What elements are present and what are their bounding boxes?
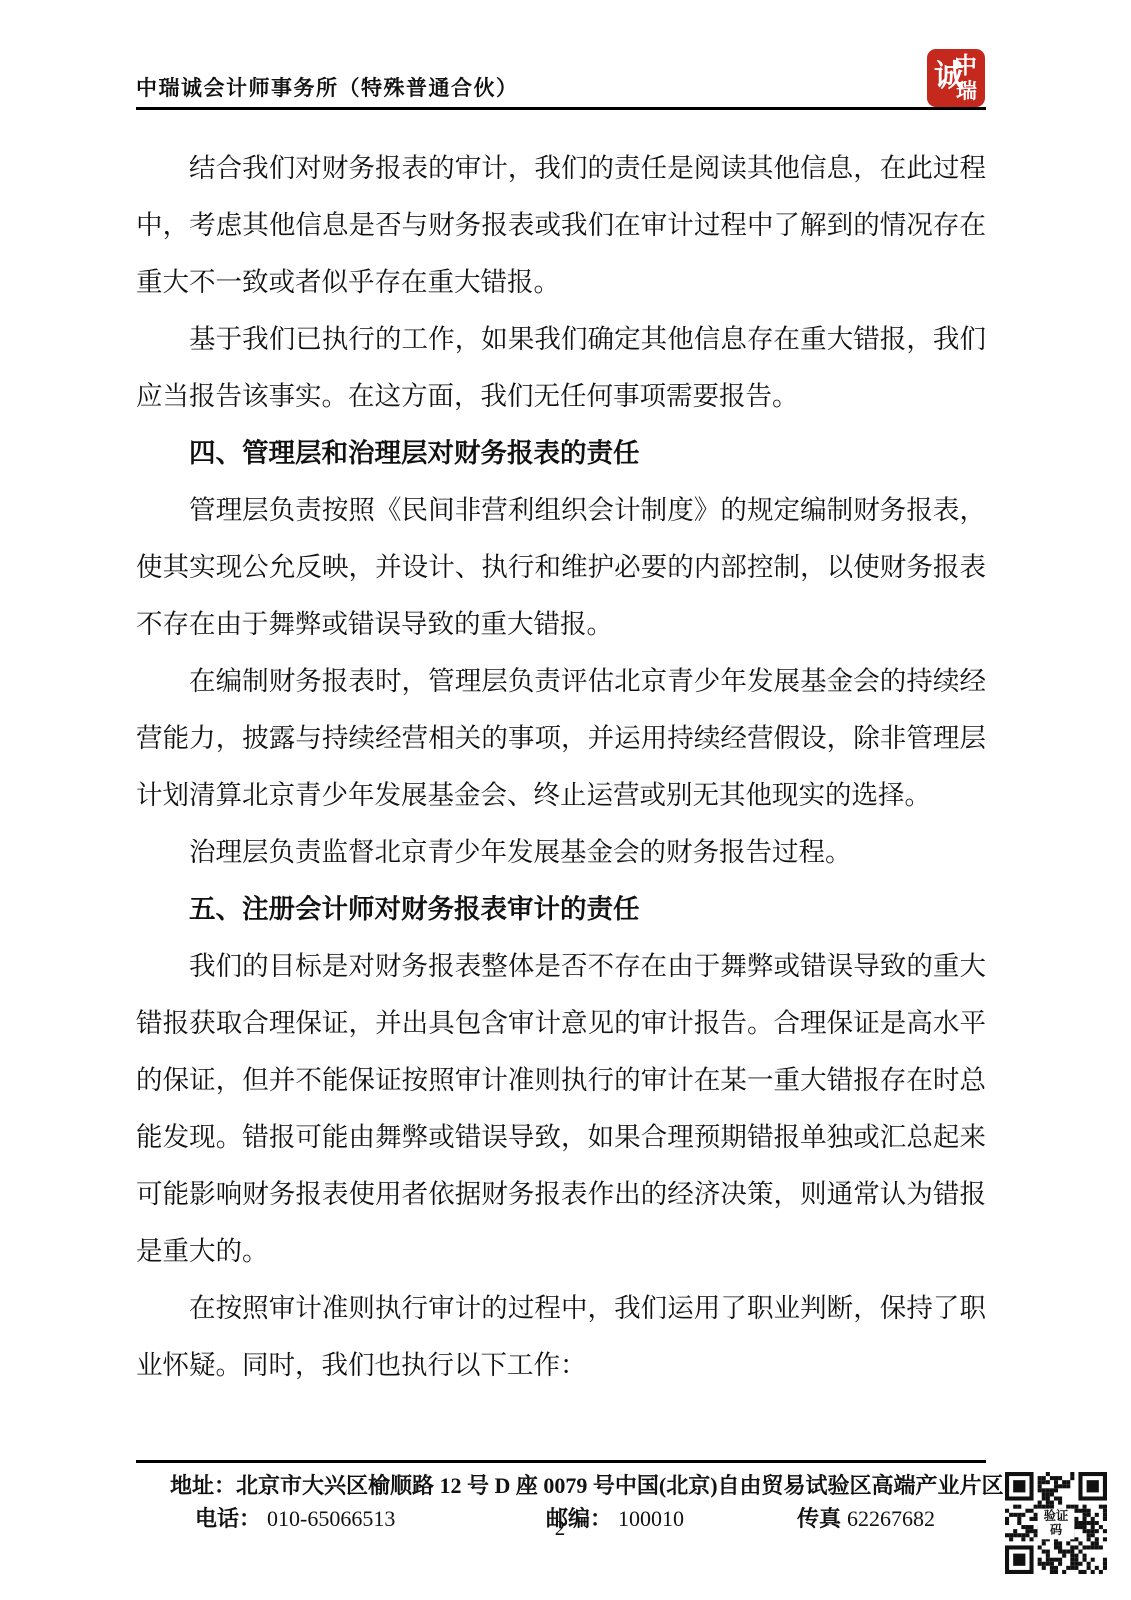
fax-label: 传真 [797, 1506, 841, 1531]
footer-address-row: 地址：北京市大兴区榆顺路 12 号 D 座 0079 号中国(北京)自由贸易试验… [170, 1469, 1000, 1500]
fax-value: 62267682 [847, 1506, 935, 1531]
section-heading: 五、注册会计师对财务报表审计的责任 [136, 881, 986, 938]
firm-name: 中瑞诚会计师事务所（特殊普通合伙） [136, 72, 519, 102]
svg-text:验证: 验证 [1044, 1508, 1069, 1523]
body-paragraph: 管理层负责按照《民间非营利组织会计制度》的规定编制财务报表，使其实现公允反映，并… [136, 482, 986, 653]
svg-text:码: 码 [1050, 1523, 1063, 1537]
body-paragraph: 结合我们对财务报表的审计，我们的责任是阅读其他信息，在此过程中，考虑其他信息是否… [136, 140, 986, 311]
address-label: 地址： [170, 1473, 236, 1498]
verification-qr-code: 验证码 [1005, 1472, 1107, 1574]
body-paragraph: 基于我们已执行的工作，如果我们确定其他信息存在重大错报，我们应当报告该事实。在这… [136, 311, 986, 425]
header-divider [136, 107, 986, 110]
footer-divider [136, 1460, 986, 1463]
seal-char-rui: 瑞 [956, 81, 977, 102]
body-paragraph: 我们的目标是对财务报表整体是否不存在由于舞弊或错误导致的重大错报获取合理保证，并… [136, 938, 986, 1280]
firm-seal-icon: 诚 中 瑞 [927, 49, 985, 107]
section-heading: 四、管理层和治理层对财务报表的责任 [136, 425, 986, 482]
postcode-value: 100010 [618, 1506, 684, 1531]
body-paragraph: 治理层负责监督北京青少年发展基金会的财务报告过程。 [136, 824, 986, 881]
page-number: 2 [530, 1516, 590, 1541]
phone-label: 电话： [195, 1506, 261, 1531]
seal-char-zhong: 中 [954, 54, 977, 77]
body-paragraph: 在编制财务报表时，管理层负责评估北京青少年发展基金会的持续经营能力，披露与持续经… [136, 653, 986, 824]
document-page: 中瑞诚会计师事务所（特殊普通合伙） 诚 中 瑞 结合我们对财务报表的审计，我们的… [0, 0, 1131, 1600]
address-value: 北京市大兴区榆顺路 12 号 D 座 0079 号中国(北京)自由贸易试验区高端… [236, 1473, 1004, 1498]
document-body: 结合我们对财务报表的审计，我们的责任是阅读其他信息，在此过程中，考虑其他信息是否… [136, 140, 986, 1394]
footer-phone: 电话：010-65066513 [195, 1502, 395, 1533]
body-paragraph: 在按照审计准则执行审计的过程中，我们运用了职业判断，保持了职业怀疑。同时，我们也… [136, 1280, 986, 1394]
phone-value: 010-65066513 [267, 1506, 395, 1531]
footer-fax: 传真62267682 [797, 1502, 935, 1533]
